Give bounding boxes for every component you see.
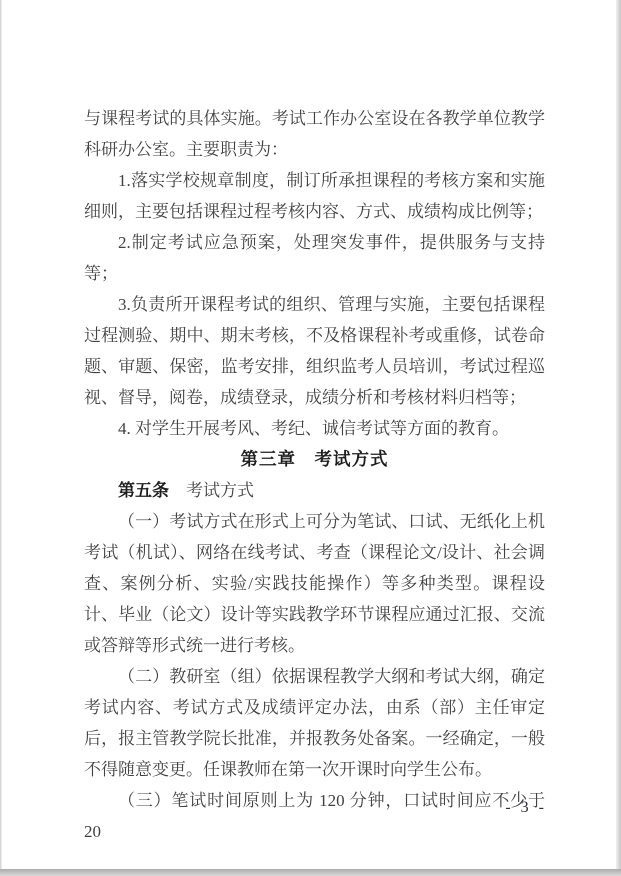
scan-edge-right [616,0,621,876]
chapter-heading: 第三章 考试方式 [84,444,545,475]
page-number: - 3 - [505,796,547,820]
body-paragraph: （三）笔试时间原则上为 120 分钟，口试时间应不少于 20 [84,785,545,847]
article-title: 考试方式 [186,481,254,500]
scan-edge-left [0,0,2,876]
body-paragraph: （二）教研室（组）依据课程教学大纲和考试大纲，确定考试内容、考试方式及成绩评定办… [84,661,545,785]
scanned-document-page: 与课程考试的具体实施。考试工作办公室设在各教学单位教学科研办公室。主要职责为：1… [0,0,621,876]
body-paragraph: （一）考试方式在形式上可分为笔试、口试、无纸化上机考试（机试）、网络在线考试、考… [84,506,545,661]
article-heading: 第五条考试方式 [84,475,545,506]
scan-edge-bottom [0,869,621,876]
document-content: 与课程考试的具体实施。考试工作办公室设在各教学单位教学科研办公室。主要职责为：1… [84,103,545,847]
body-paragraph: 2.制定考试应急预案，处理突发事件，提供服务与支持等； [84,227,545,289]
article-number: 第五条 [118,481,169,500]
body-paragraph: 与课程考试的具体实施。考试工作办公室设在各教学单位教学科研办公室。主要职责为： [84,103,545,165]
body-paragraph: 3.负责所开课程考试的组织、管理与实施，主要包括课程过程测验、期中、期末考核，不… [84,289,545,413]
body-paragraph: 1.落实学校规章制度，制订所承担课程的考核方案和实施细则，主要包括课程过程考核内… [84,165,545,227]
body-paragraph: 4. 对学生开展考风、考纪、诚信考试等方面的教育。 [84,413,545,444]
